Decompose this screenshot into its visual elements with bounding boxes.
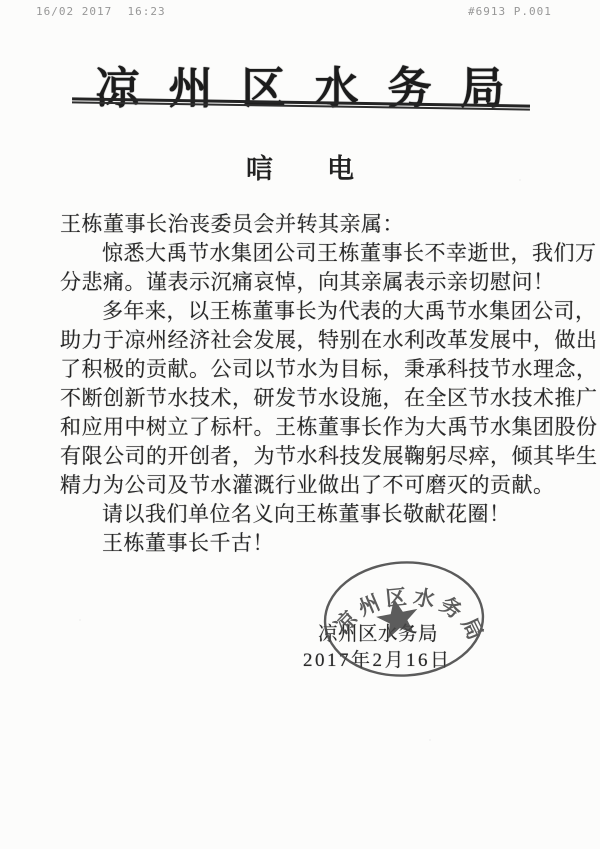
fax-header: 16/02 2017 16:23 #6913 P.001 (0, 5, 600, 21)
official-seal: 凉州区水务局 (318, 557, 490, 683)
body-line: 惊悉大禹节水集团公司王栋董事长不幸逝世，我们万 (60, 239, 552, 268)
fax-page-id: #6913 P.001 (468, 5, 552, 18)
body-line: 和应用中树立了标杆。王栋董事长作为大禹节水集团股份 (60, 413, 552, 442)
body-line: 不断创新节水技术，研发节水设施，在全区节水技术推广 (60, 384, 552, 413)
body-line: 多年来，以王栋董事长为代表的大禹节水集团公司， (60, 297, 552, 326)
scanned-fax-document: 16/02 2017 16:23 #6913 P.001 凉州区水务局 唁电 王… (0, 0, 600, 849)
document-title: 唁电 (55, 147, 545, 186)
body-line: 有限公司的开创者，为节水科技发展鞠躬尽瘁，倾其毕生 (60, 442, 552, 471)
body-line: 助力于凉州经济社会发展，特别在水利改革发展中，做出 (60, 326, 552, 355)
body-line: 分悲痛。谨表示沉痛哀悼，向其亲属表示亲切慰问！ (60, 268, 552, 297)
body-line-farewell: 王栋董事长千古！ (60, 529, 552, 558)
body-line: 了积极的贡献。公司以节水为目标，秉承科技节水理念， (60, 355, 552, 384)
body-line-wreath-request: 请以我们单位名义向王栋董事长敬献花圈！ (60, 500, 552, 529)
body-line: 精力为公司及节水灌溉行业做出了不可磨灭的贡献。 (60, 471, 552, 500)
body-line-salutation: 王栋董事长治丧委员会并转其亲属： (60, 210, 552, 239)
fax-timestamp: 16/02 2017 16:23 (36, 5, 166, 18)
document-body: 王栋董事长治丧委员会并转其亲属： 惊悉大禹节水集团公司王栋董事长不幸逝世，我们万… (60, 210, 552, 558)
